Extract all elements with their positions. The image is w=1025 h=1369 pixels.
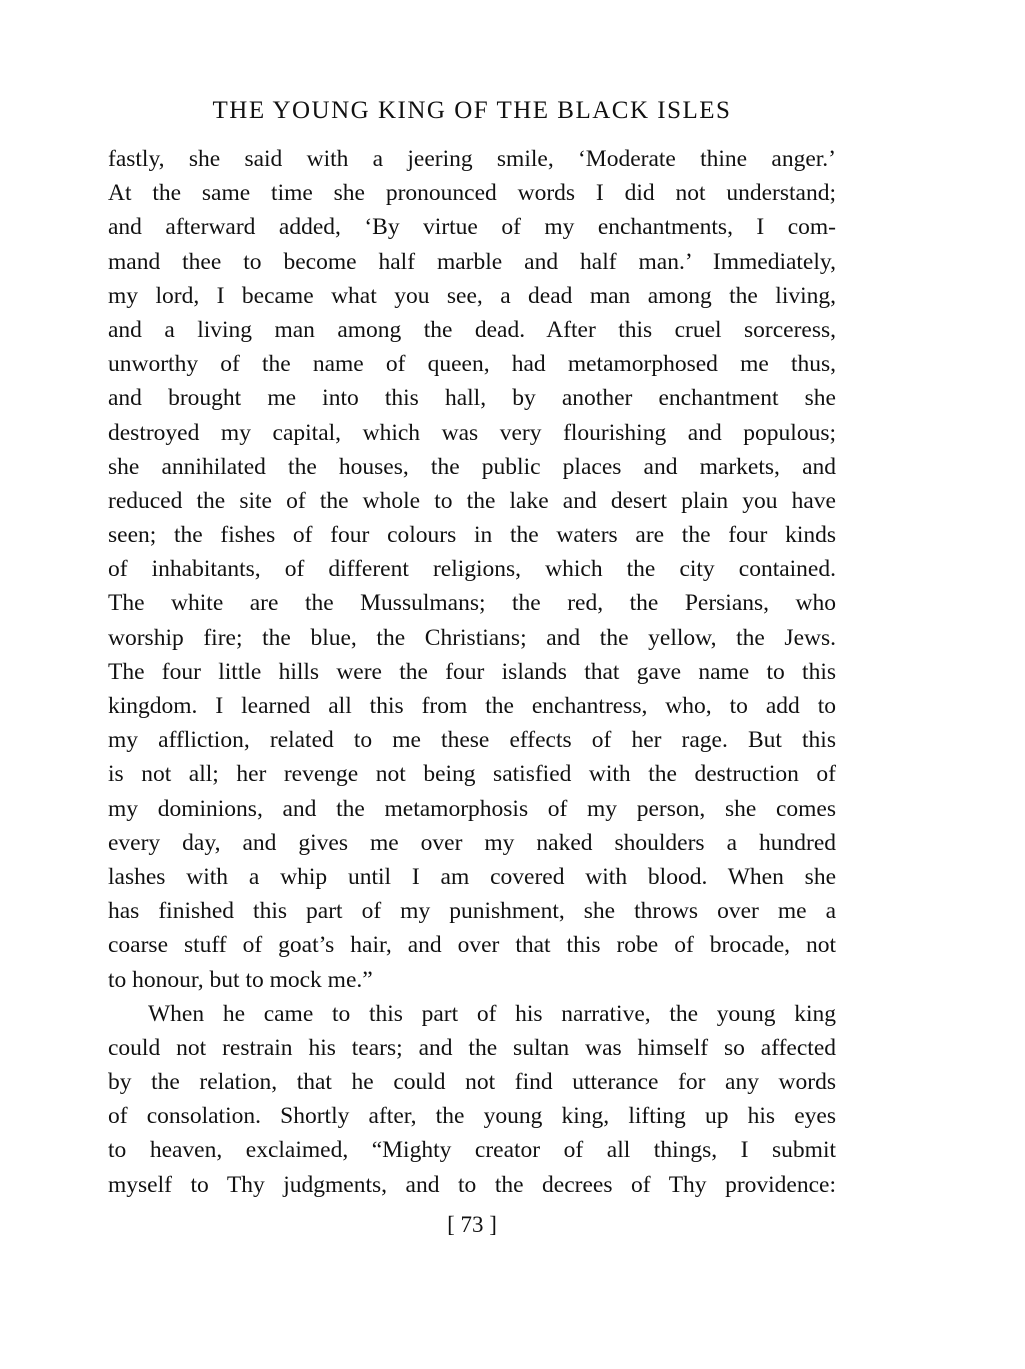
paragraph-1: fastly, she said with a jeering smile, ‘… [108, 142, 836, 997]
text-line: unworthy of the name of queen, had metam… [108, 347, 836, 381]
text-line: and afterward added, ‘By virtue of my en… [108, 210, 836, 244]
text-line: myself to Thy judgments, and to the decr… [108, 1168, 836, 1202]
text-line: and brought me into this hall, by anothe… [108, 381, 836, 415]
text-line: The four little hills were the four isla… [108, 655, 836, 689]
text-line: my lord, I became what you see, a dead m… [108, 279, 836, 313]
text-line: could not restrain his tears; and the su… [108, 1031, 836, 1065]
text-line: and a living man among the dead. After t… [108, 313, 836, 347]
text-line: my dominions, and the metamorphosis of m… [108, 792, 836, 826]
text-line: by the relation, that he could not find … [108, 1065, 836, 1099]
text-line: is not all; her revenge not being satisf… [108, 757, 836, 791]
running-header: THE YOUNG KING OF THE BLACK ISLES [108, 96, 836, 126]
text-line: When he came to this part of his narrati… [108, 997, 836, 1031]
text-line: worship fire; the blue, the Christians; … [108, 621, 836, 655]
text-line: of consolation. Shortly after, the young… [108, 1099, 836, 1133]
text-line: of inhabitants, of different religions, … [108, 552, 836, 586]
text-line: my affliction, related to me these effec… [108, 723, 836, 757]
text-line: lashes with a whip until I am covered wi… [108, 860, 836, 894]
text-line: every day, and gives me over my naked sh… [108, 826, 836, 860]
text-line: destroyed my capital, which was very flo… [108, 416, 836, 450]
paragraph-2: When he came to this part of his narrati… [108, 997, 836, 1202]
text-line: reduced the site of the whole to the lak… [108, 484, 836, 518]
text-line: to heaven, exclaimed, “Mighty creator of… [108, 1133, 836, 1167]
text-line: The white are the Mussulmans; the red, t… [108, 586, 836, 620]
text-line: fastly, she said with a jeering smile, ‘… [108, 142, 836, 176]
text-line: At the same time she pronounced words I … [108, 176, 836, 210]
text-line: seen; the fishes of four colours in the … [108, 518, 836, 552]
text-line: has finished this part of my punishment,… [108, 894, 836, 928]
text-line: to honour, but to mock me.” [108, 963, 836, 997]
text-line: coarse stuff of goat’s hair, and over th… [108, 928, 836, 962]
text-line: mand thee to become half marble and half… [108, 245, 836, 279]
page-body: fastly, she said with a jeering smile, ‘… [108, 142, 836, 1202]
text-line: kingdom. I learned all this from the enc… [108, 689, 836, 723]
text-line: she annihilated the houses, the public p… [108, 450, 836, 484]
page-number: [ 73 ] [108, 1210, 836, 1240]
